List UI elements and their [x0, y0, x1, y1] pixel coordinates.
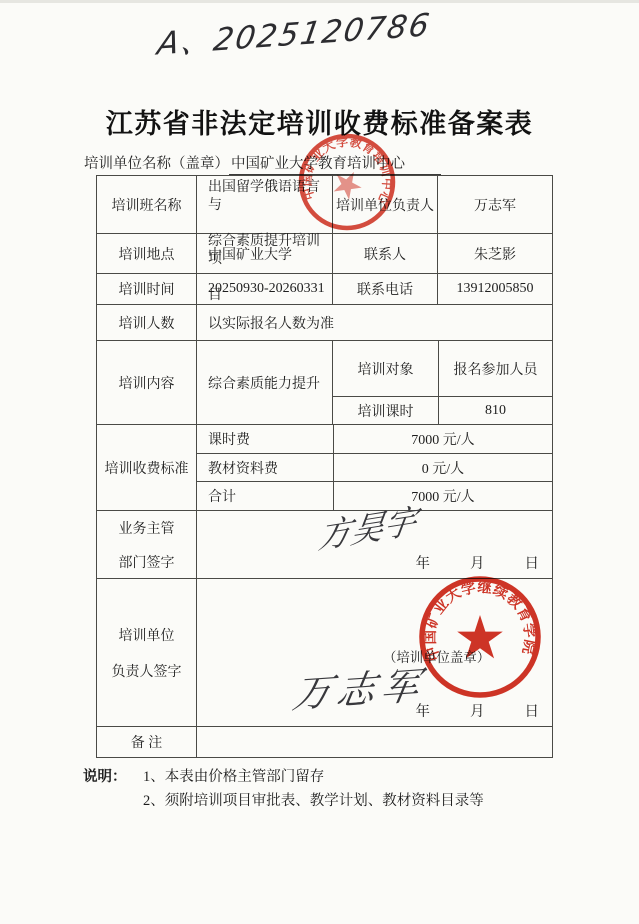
fee-name: 课时费 — [197, 425, 333, 453]
fee-value: 0 元/人 — [333, 454, 552, 482]
class-name-label: 培训班名称 — [97, 176, 196, 233]
fee-subtable: 课时费 7000 元/人 教材资料费 0 元/人 合计 7000 元/人 — [196, 425, 552, 510]
stamp-star-icon — [329, 165, 367, 202]
fee-value: 7000 元/人 — [333, 425, 552, 453]
hours-subrow: 培训课时 810 — [333, 396, 552, 424]
target-label: 培训对象 — [333, 341, 438, 396]
content-value: 综合素质能力提升 — [196, 341, 332, 424]
location-label: 培训地点 — [97, 234, 196, 273]
stamp-star-icon — [457, 615, 503, 658]
contact-value: 朱芝影 — [437, 234, 552, 273]
headcount-value: 以实际报名人数为准 — [196, 305, 552, 340]
target-value: 报名参加人员 — [438, 341, 552, 396]
table-row-time: 培训时间 20250930-20260331 联系电话 13912005850 — [97, 273, 552, 304]
headcount-label: 培训人数 — [97, 305, 196, 340]
remarks-label: 备 注 — [97, 727, 196, 757]
note-item-2: 2、须附培训项目审批表、教学计划、教材资料目录等 — [143, 789, 484, 810]
content-label: 培训内容 — [97, 341, 196, 424]
table-row-fees: 培训收费标准 课时费 7000 元/人 教材资料费 0 元/人 合计 7000 … — [97, 424, 552, 510]
time-label: 培训时间 — [97, 274, 196, 304]
handwritten-filing-code: A、2025120786 — [155, 0, 422, 64]
scanned-form-page: A、2025120786 江苏省非法定培训收费标准备案表 培训单位名称（盖章）中… — [0, 0, 639, 924]
content-subtable: 培训对象 报名参加人员 培训课时 810 — [332, 341, 552, 424]
hours-label: 培训课时 — [333, 397, 438, 424]
phone-value: 13912005850 — [437, 274, 552, 304]
notes-label: 说明： — [83, 765, 127, 786]
dept-sign-label: 业务主管 部门签字 — [97, 511, 196, 578]
remarks-value — [196, 727, 552, 757]
phone-label: 联系电话 — [332, 274, 437, 304]
fee-row-class-hours: 课时费 7000 元/人 — [197, 425, 552, 453]
time-value: 20250930-20260331 — [196, 274, 332, 304]
top-stamp-text: 中国矿业大学教育培训中心 — [299, 134, 395, 208]
fee-name: 合计 — [197, 482, 333, 510]
table-row-content: 培训内容 综合素质能力提升 培训对象 报名参加人员 培训课时 810 — [97, 340, 552, 424]
svg-text:中国矿业大学教育培训中心: 中国矿业大学教育培训中心 — [299, 134, 395, 208]
training-center-round-stamp: 中国矿业大学教育培训中心 — [287, 122, 407, 242]
note-item-1: 1、本表由价格主管部门留存 — [143, 765, 324, 786]
hours-value: 810 — [438, 397, 552, 424]
continuing-education-college-stamp: 中国矿业大学继续教育学院 — [410, 567, 550, 707]
fee-row-materials: 教材资料费 0 元/人 — [197, 453, 552, 482]
unit-sign-label: 培训单位 负责人签字 — [97, 579, 196, 726]
unit-head-value: 万志军 — [437, 176, 552, 233]
fee-name: 教材资料费 — [197, 454, 333, 482]
table-row-headcount: 培训人数 以实际报名人数为准 — [97, 304, 552, 340]
table-row-remarks: 备 注 — [97, 726, 552, 757]
fee-section-label: 培训收费标准 — [97, 425, 196, 510]
target-subrow: 培训对象 报名参加人员 — [333, 341, 552, 396]
training-unit-name-label: 培训单位名称（盖章） — [84, 156, 229, 172]
